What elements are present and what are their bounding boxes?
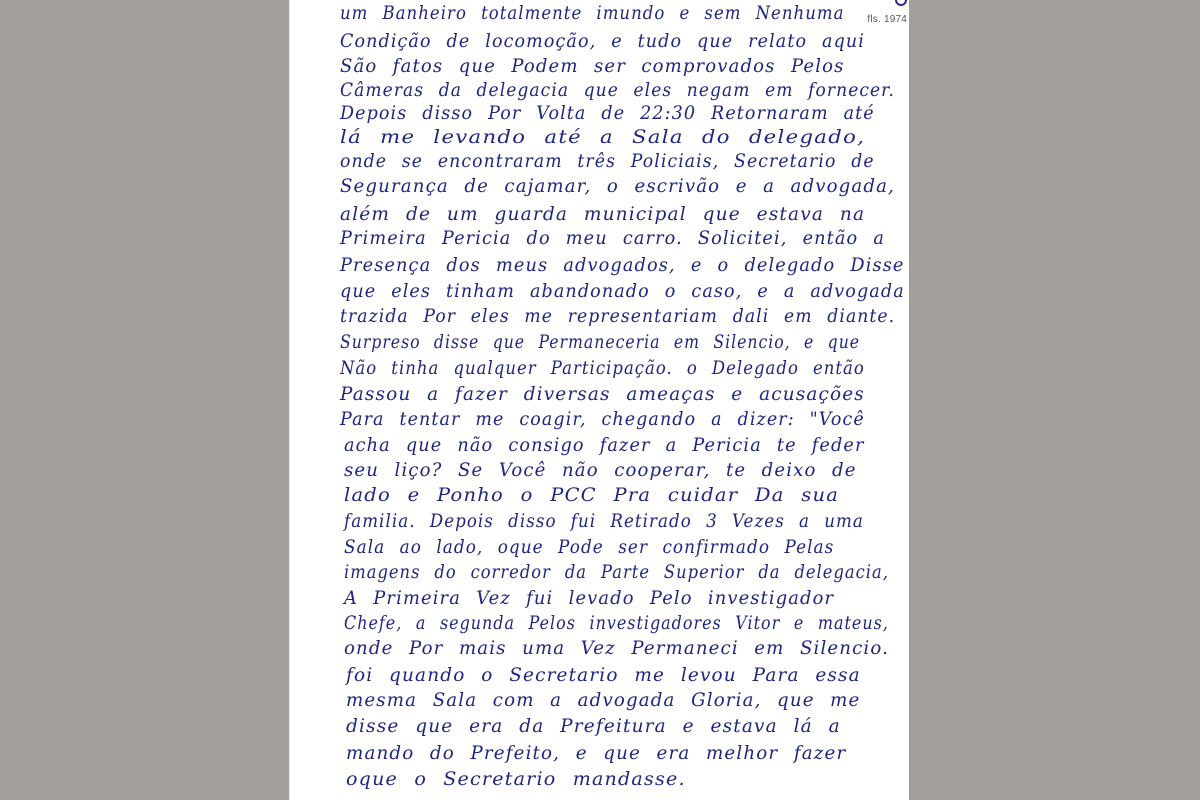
handwritten-line: foi quando o Secretario me levou Para es… [346, 664, 861, 686]
stamp-mark-icon [895, 0, 907, 6]
handwritten-line: Chefe, a segunda Pelos investigadores Vi… [344, 612, 889, 634]
folio-number: fls. 1974 [867, 14, 907, 25]
handwritten-line: trazida Por eles me representariam dali … [340, 305, 895, 327]
handwritten-line: Surpreso disse que Permaneceria em Silen… [340, 331, 860, 353]
handwritten-line: lado e Ponho o PCC Pra cuidar Da sua [344, 484, 839, 506]
handwritten-line: Segurança de cajamar, o escrivão e a adv… [340, 175, 895, 197]
handwritten-line: além de um guarda municipal que estava n… [340, 203, 865, 225]
scanned-page: fls. 1974 um Banheiro totalmente imundo … [290, 0, 909, 800]
handwritten-line: Passou a fazer diversas ameaças e acusaç… [340, 383, 865, 405]
handwritten-line: A Primeira Vez fui levado Pelo investiga… [344, 587, 834, 609]
handwritten-line: disse que era da Prefeitura e estava lá … [346, 715, 841, 737]
handwritten-line: mesma Sala com a advogada Gloria, que me [346, 689, 860, 711]
handwritten-line: lá me levando até a Sala do delegado, [340, 126, 865, 148]
document-viewer: fls. 1974 um Banheiro totalmente imundo … [0, 0, 1200, 800]
handwritten-line: Condição de locomoção, e tudo que relato… [340, 30, 865, 52]
handwritten-line: um Banheiro totalmente imundo e sem Nenh… [340, 2, 844, 24]
handwritten-line: Primeira Pericia do meu carro. Solicitei… [340, 227, 885, 249]
handwritten-line: onde Por mais uma Vez Permaneci em Silen… [344, 637, 889, 659]
handwritten-line: Sala ao lado, oque Pode ser confirmado P… [344, 536, 834, 558]
handwritten-line: imagens do corredor da Parte Superior da… [344, 561, 889, 583]
handwritten-line: Não tinha qualquer Participação. o Deleg… [340, 357, 865, 379]
handwritten-line: Depois disso Por Volta de 22:30 Retornar… [340, 102, 875, 124]
handwritten-line: seu liço? Se Você não cooperar, te deixo… [344, 459, 857, 481]
handwritten-line: Câmeras da delegacia que eles negam em f… [340, 79, 895, 101]
handwritten-line: familia. Depois disso fui Retirado 3 Vez… [344, 510, 864, 532]
handwritten-line: oque o Secretario mandasse. [346, 768, 686, 790]
handwritten-line: onde se encontraram três Policiais, Secr… [340, 150, 875, 172]
handwritten-line: Presença dos meus advogados, e o delegad… [340, 254, 905, 276]
handwritten-line: mando do Prefeito, e que era melhor faze… [346, 742, 846, 764]
handwritten-line: Para tentar me coagir, chegando a dizer:… [340, 408, 865, 430]
handwritten-line: São fatos que Podem ser comprovados Pelo… [340, 55, 845, 77]
handwritten-line: acha que não consigo fazer a Pericia te … [344, 434, 865, 456]
handwritten-line: que eles tinham abandonado o caso, e a a… [340, 280, 905, 302]
